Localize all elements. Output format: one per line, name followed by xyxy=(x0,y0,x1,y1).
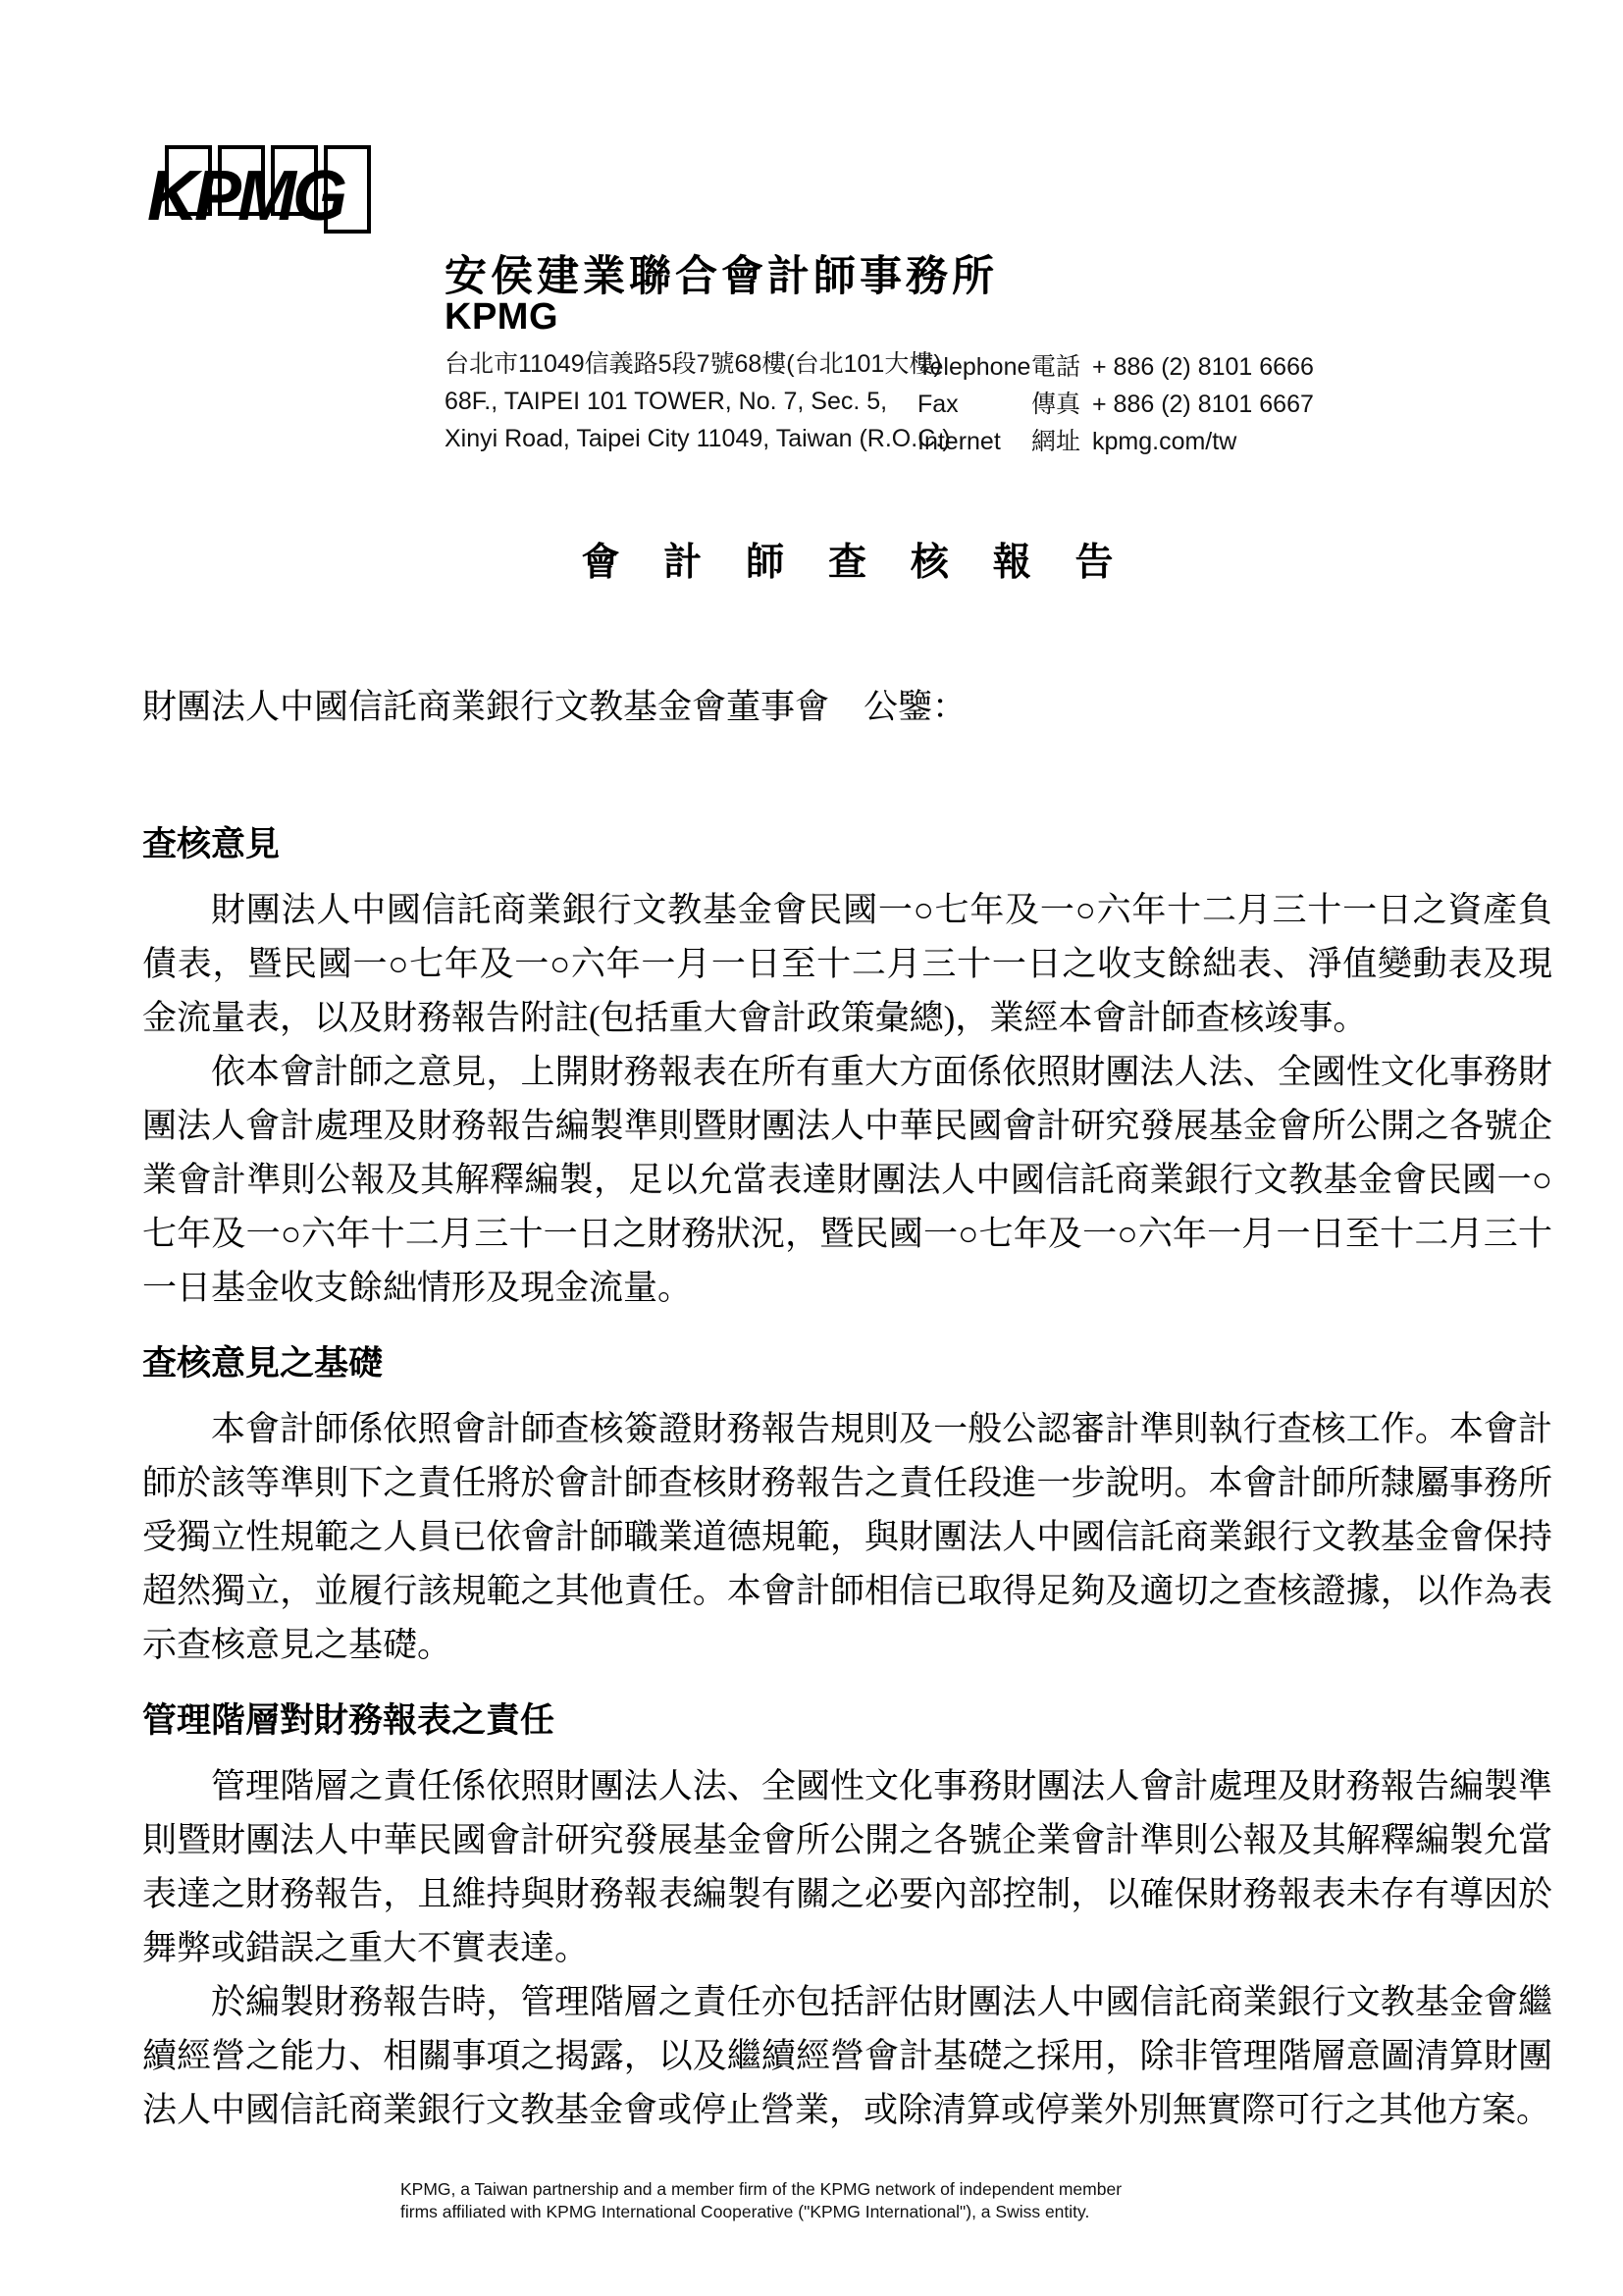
report-title: 會計師查核報告 xyxy=(142,536,1552,590)
address-line-en-2: Xinyi Road, Taipei City 11049, Taiwan (R… xyxy=(445,420,951,457)
paragraph: 依本會計師之意見，上開財務報表在所有重大方面係依照財團法人法、全國性文化事務財團… xyxy=(142,1045,1552,1315)
address-line-zh: 台北市11049信義路5段7號68樓(台北101大樓) xyxy=(445,345,951,383)
letterhead: KPMG 安侯建業聯合會計師事務所 KPMG 台北市11049信義路5段7號68… xyxy=(0,0,1623,451)
address-line-en-1: 68F., TAIPEI 101 TOWER, No. 7, Sec. 5, xyxy=(445,383,951,420)
contact-website: kpmg.com/tw xyxy=(1092,423,1236,460)
firm-name-calligraphy: 安侯建業聯合會計師事務所 xyxy=(445,243,998,303)
section-heading-audit-opinion: 查核意見 xyxy=(142,817,1552,871)
kpmg-logo: KPMG xyxy=(147,145,375,255)
section-heading-basis-for-opinion: 查核意見之基礎 xyxy=(142,1336,1552,1390)
contact-value: + 886 (2) 8101 6666 xyxy=(1092,348,1314,386)
contact-block: Telephone 電話 + 886 (2) 8101 6666 Fax 傳真 … xyxy=(917,348,1314,460)
report-body: 會計師查核報告 財團法人中國信託商業銀行文教基金會董事會 公鑒： 查核意見 財團… xyxy=(142,530,1552,2137)
footer-line-2: firms affiliated with KPMG International… xyxy=(400,2201,1122,2223)
contact-label-zh: 傳真 xyxy=(1031,386,1092,423)
contact-label-zh: 電話 xyxy=(1031,348,1092,386)
contact-value: + 886 (2) 8101 6667 xyxy=(1092,386,1314,423)
paragraph: 於編製財務報告時，管理階層之責任亦包括評估財團法人中國信託商業銀行文教基金會繼續… xyxy=(142,1975,1552,2137)
firm-name-latin: KPMG xyxy=(445,296,558,339)
paragraph: 財團法人中國信託商業銀行文教基金會民國一○七年及一○六年十二月三十一日之資產負債… xyxy=(142,883,1552,1045)
contact-row-internet: Internet 網址 kpmg.com/tw xyxy=(917,423,1314,460)
contact-label-zh: 網址 xyxy=(1031,423,1092,460)
contact-row-fax: Fax 傳真 + 886 (2) 8101 6667 xyxy=(917,386,1314,423)
section-heading-management-responsibility: 管理階層對財務報表之責任 xyxy=(142,1694,1552,1748)
footer-line-1: KPMG, a Taiwan partnership and a member … xyxy=(400,2178,1122,2201)
audit-report-page: KPMG 安侯建業聯合會計師事務所 KPMG 台北市11049信義路5段7號68… xyxy=(0,0,1623,2296)
footer-disclaimer: KPMG, a Taiwan partnership and a member … xyxy=(400,2178,1122,2223)
contact-label-en: Telephone xyxy=(917,348,1031,386)
addressee-line: 財團法人中國信託商業銀行文教基金會董事會 公鑒： xyxy=(142,680,1552,734)
contact-label-en: Fax xyxy=(917,386,1031,423)
address-block: 台北市11049信義路5段7號68樓(台北101大樓) 68F., TAIPEI… xyxy=(445,345,951,457)
kpmg-logo-wordmark: KPMG xyxy=(147,161,343,232)
paragraph: 管理階層之責任係依照財團法人法、全國性文化事務財團法人會計處理及財務報告編製準則… xyxy=(142,1759,1552,1975)
contact-row-telephone: Telephone 電話 + 886 (2) 8101 6666 xyxy=(917,348,1314,386)
contact-label-en: Internet xyxy=(917,423,1031,460)
paragraph: 本會計師係依照會計師查核簽證財務報告規則及一般公認審計準則執行查核工作。本會計師… xyxy=(142,1402,1552,1672)
